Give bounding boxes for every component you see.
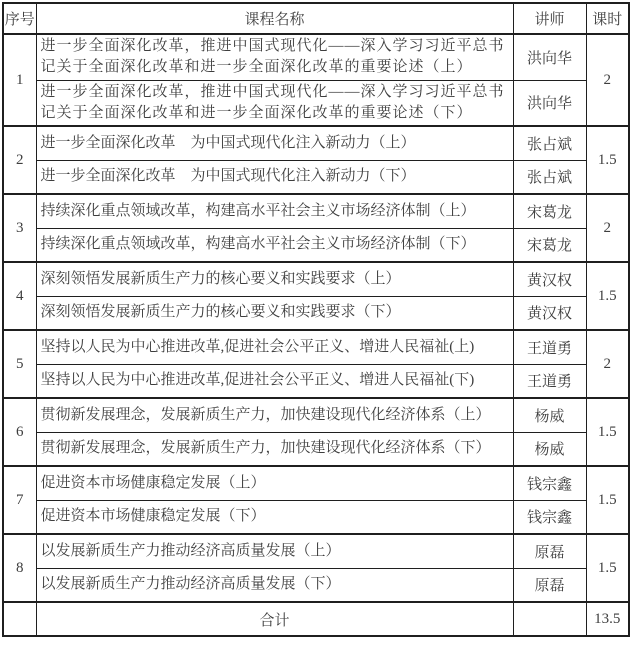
course-name-cell: 进一步全面深化改革，推进中国式现代化——深入学习习近平总书记关于全面深化改革和进… <box>36 34 513 80</box>
hours-cell: 1.5 <box>586 534 629 602</box>
table-row: 5 坚持以人民为中心推进改革,促进社会公平正义、增进人民福祉(上) 王道勇 2 <box>3 330 629 364</box>
course-name-cell: 坚持以人民为中心推进改革,促进社会公平正义、增进人民福祉(上) <box>36 330 513 364</box>
lecturer-cell: 洪向华 <box>513 34 586 80</box>
hours-cell: 1.5 <box>586 466 629 534</box>
header-row: 序号 课程名称 讲师 课时 <box>3 3 629 34</box>
header-index: 序号 <box>3 3 36 34</box>
total-row: 合计 13.5 <box>3 602 629 636</box>
table-row: 贯彻新发展理念，发展新质生产力，加快建设现代化经济体系（下） 杨威 <box>3 432 629 466</box>
row-index: 7 <box>3 466 36 534</box>
lecturer-cell: 杨威 <box>513 398 586 432</box>
table-row: 坚持以人民为中心推进改革,促进社会公平正义、增进人民福祉(下) 王道勇 <box>3 364 629 398</box>
course-name-cell: 进一步全面深化改革 为中国式现代化注入新动力（下） <box>36 160 513 194</box>
hours-cell: 1.5 <box>586 126 629 194</box>
course-name-cell: 贯彻新发展理念，发展新质生产力，加快建设现代化经济体系（上） <box>36 398 513 432</box>
table-row: 8 以发展新质生产力推动经济高质量发展（上） 原磊 1.5 <box>3 534 629 568</box>
table-row: 进一步全面深化改革，推进中国式现代化——深入学习习近平总书记关于全面深化改革和进… <box>3 80 629 126</box>
course-name-cell: 持续深化重点领域改革，构建高水平社会主义市场经济体制（上） <box>36 194 513 228</box>
hours-cell: 2 <box>586 34 629 126</box>
table-row: 2 进一步全面深化改革 为中国式现代化注入新动力（上） 张占斌 1.5 <box>3 126 629 160</box>
course-schedule-table: 序号 课程名称 讲师 课时 1 进一步全面深化改革，推进中国式现代化——深入学习… <box>2 2 630 637</box>
header-hours: 课时 <box>586 3 629 34</box>
table-row: 深刻领悟发展新质生产力的核心要义和实践要求（下） 黄汉权 <box>3 296 629 330</box>
lecturer-cell: 杨威 <box>513 432 586 466</box>
hours-cell: 1.5 <box>586 262 629 330</box>
row-index: 1 <box>3 34 36 126</box>
header-lecturer: 讲师 <box>513 3 586 34</box>
lecturer-cell: 原磊 <box>513 534 586 568</box>
course-name-cell: 进一步全面深化改革 为中国式现代化注入新动力（上） <box>36 126 513 160</box>
row-index: 8 <box>3 534 36 602</box>
course-name-cell: 深刻领悟发展新质生产力的核心要义和实践要求（上） <box>36 262 513 296</box>
lecturer-cell: 钱宗鑫 <box>513 466 586 500</box>
lecturer-cell: 宋葛龙 <box>513 194 586 228</box>
table-row: 以发展新质生产力推动经济高质量发展（下） 原磊 <box>3 568 629 602</box>
lecturer-cell: 洪向华 <box>513 80 586 126</box>
table-row: 6 贯彻新发展理念，发展新质生产力，加快建设现代化经济体系（上） 杨威 1.5 <box>3 398 629 432</box>
row-index: 3 <box>3 194 36 262</box>
lecturer-cell: 王道勇 <box>513 330 586 364</box>
lecturer-cell: 王道勇 <box>513 364 586 398</box>
total-hours: 13.5 <box>586 602 629 636</box>
empty-cell <box>513 602 586 636</box>
course-name-cell: 坚持以人民为中心推进改革,促进社会公平正义、增进人民福祉(下) <box>36 364 513 398</box>
row-index: 6 <box>3 398 36 466</box>
lecturer-cell: 黄汉权 <box>513 296 586 330</box>
course-name-cell: 持续深化重点领域改革，构建高水平社会主义市场经济体制（下） <box>36 228 513 262</box>
course-name-cell: 以发展新质生产力推动经济高质量发展（下） <box>36 568 513 602</box>
table-row: 进一步全面深化改革 为中国式现代化注入新动力（下） 张占斌 <box>3 160 629 194</box>
lecturer-cell: 张占斌 <box>513 126 586 160</box>
hours-cell: 1.5 <box>586 398 629 466</box>
table-row: 3 持续深化重点领域改革，构建高水平社会主义市场经济体制（上） 宋葛龙 2 <box>3 194 629 228</box>
document-page: 序号 课程名称 讲师 课时 1 进一步全面深化改革，推进中国式现代化——深入学习… <box>0 0 630 657</box>
course-name-cell: 进一步全面深化改革，推进中国式现代化——深入学习习近平总书记关于全面深化改革和进… <box>36 80 513 126</box>
lecturer-cell: 原磊 <box>513 568 586 602</box>
table-row: 1 进一步全面深化改革，推进中国式现代化——深入学习习近平总书记关于全面深化改革… <box>3 34 629 80</box>
total-label: 合计 <box>36 602 513 636</box>
lecturer-cell: 张占斌 <box>513 160 586 194</box>
lecturer-cell: 宋葛龙 <box>513 228 586 262</box>
table-row: 7 促进资本市场健康稳定发展（上） 钱宗鑫 1.5 <box>3 466 629 500</box>
course-name-cell: 深刻领悟发展新质生产力的核心要义和实践要求（下） <box>36 296 513 330</box>
empty-cell <box>3 602 36 636</box>
row-index: 2 <box>3 126 36 194</box>
course-name-cell: 促进资本市场健康稳定发展（下） <box>36 500 513 534</box>
lecturer-cell: 黄汉权 <box>513 262 586 296</box>
table-row: 促进资本市场健康稳定发展（下） 钱宗鑫 <box>3 500 629 534</box>
hours-cell: 2 <box>586 194 629 262</box>
row-index: 5 <box>3 330 36 398</box>
header-course-name: 课程名称 <box>36 3 513 34</box>
row-index: 4 <box>3 262 36 330</box>
course-name-cell: 促进资本市场健康稳定发展（上） <box>36 466 513 500</box>
lecturer-cell: 钱宗鑫 <box>513 500 586 534</box>
table-row: 4 深刻领悟发展新质生产力的核心要义和实践要求（上） 黄汉权 1.5 <box>3 262 629 296</box>
course-name-cell: 贯彻新发展理念，发展新质生产力，加快建设现代化经济体系（下） <box>36 432 513 466</box>
hours-cell: 2 <box>586 330 629 398</box>
course-name-cell: 以发展新质生产力推动经济高质量发展（上） <box>36 534 513 568</box>
table-row: 持续深化重点领域改革，构建高水平社会主义市场经济体制（下） 宋葛龙 <box>3 228 629 262</box>
